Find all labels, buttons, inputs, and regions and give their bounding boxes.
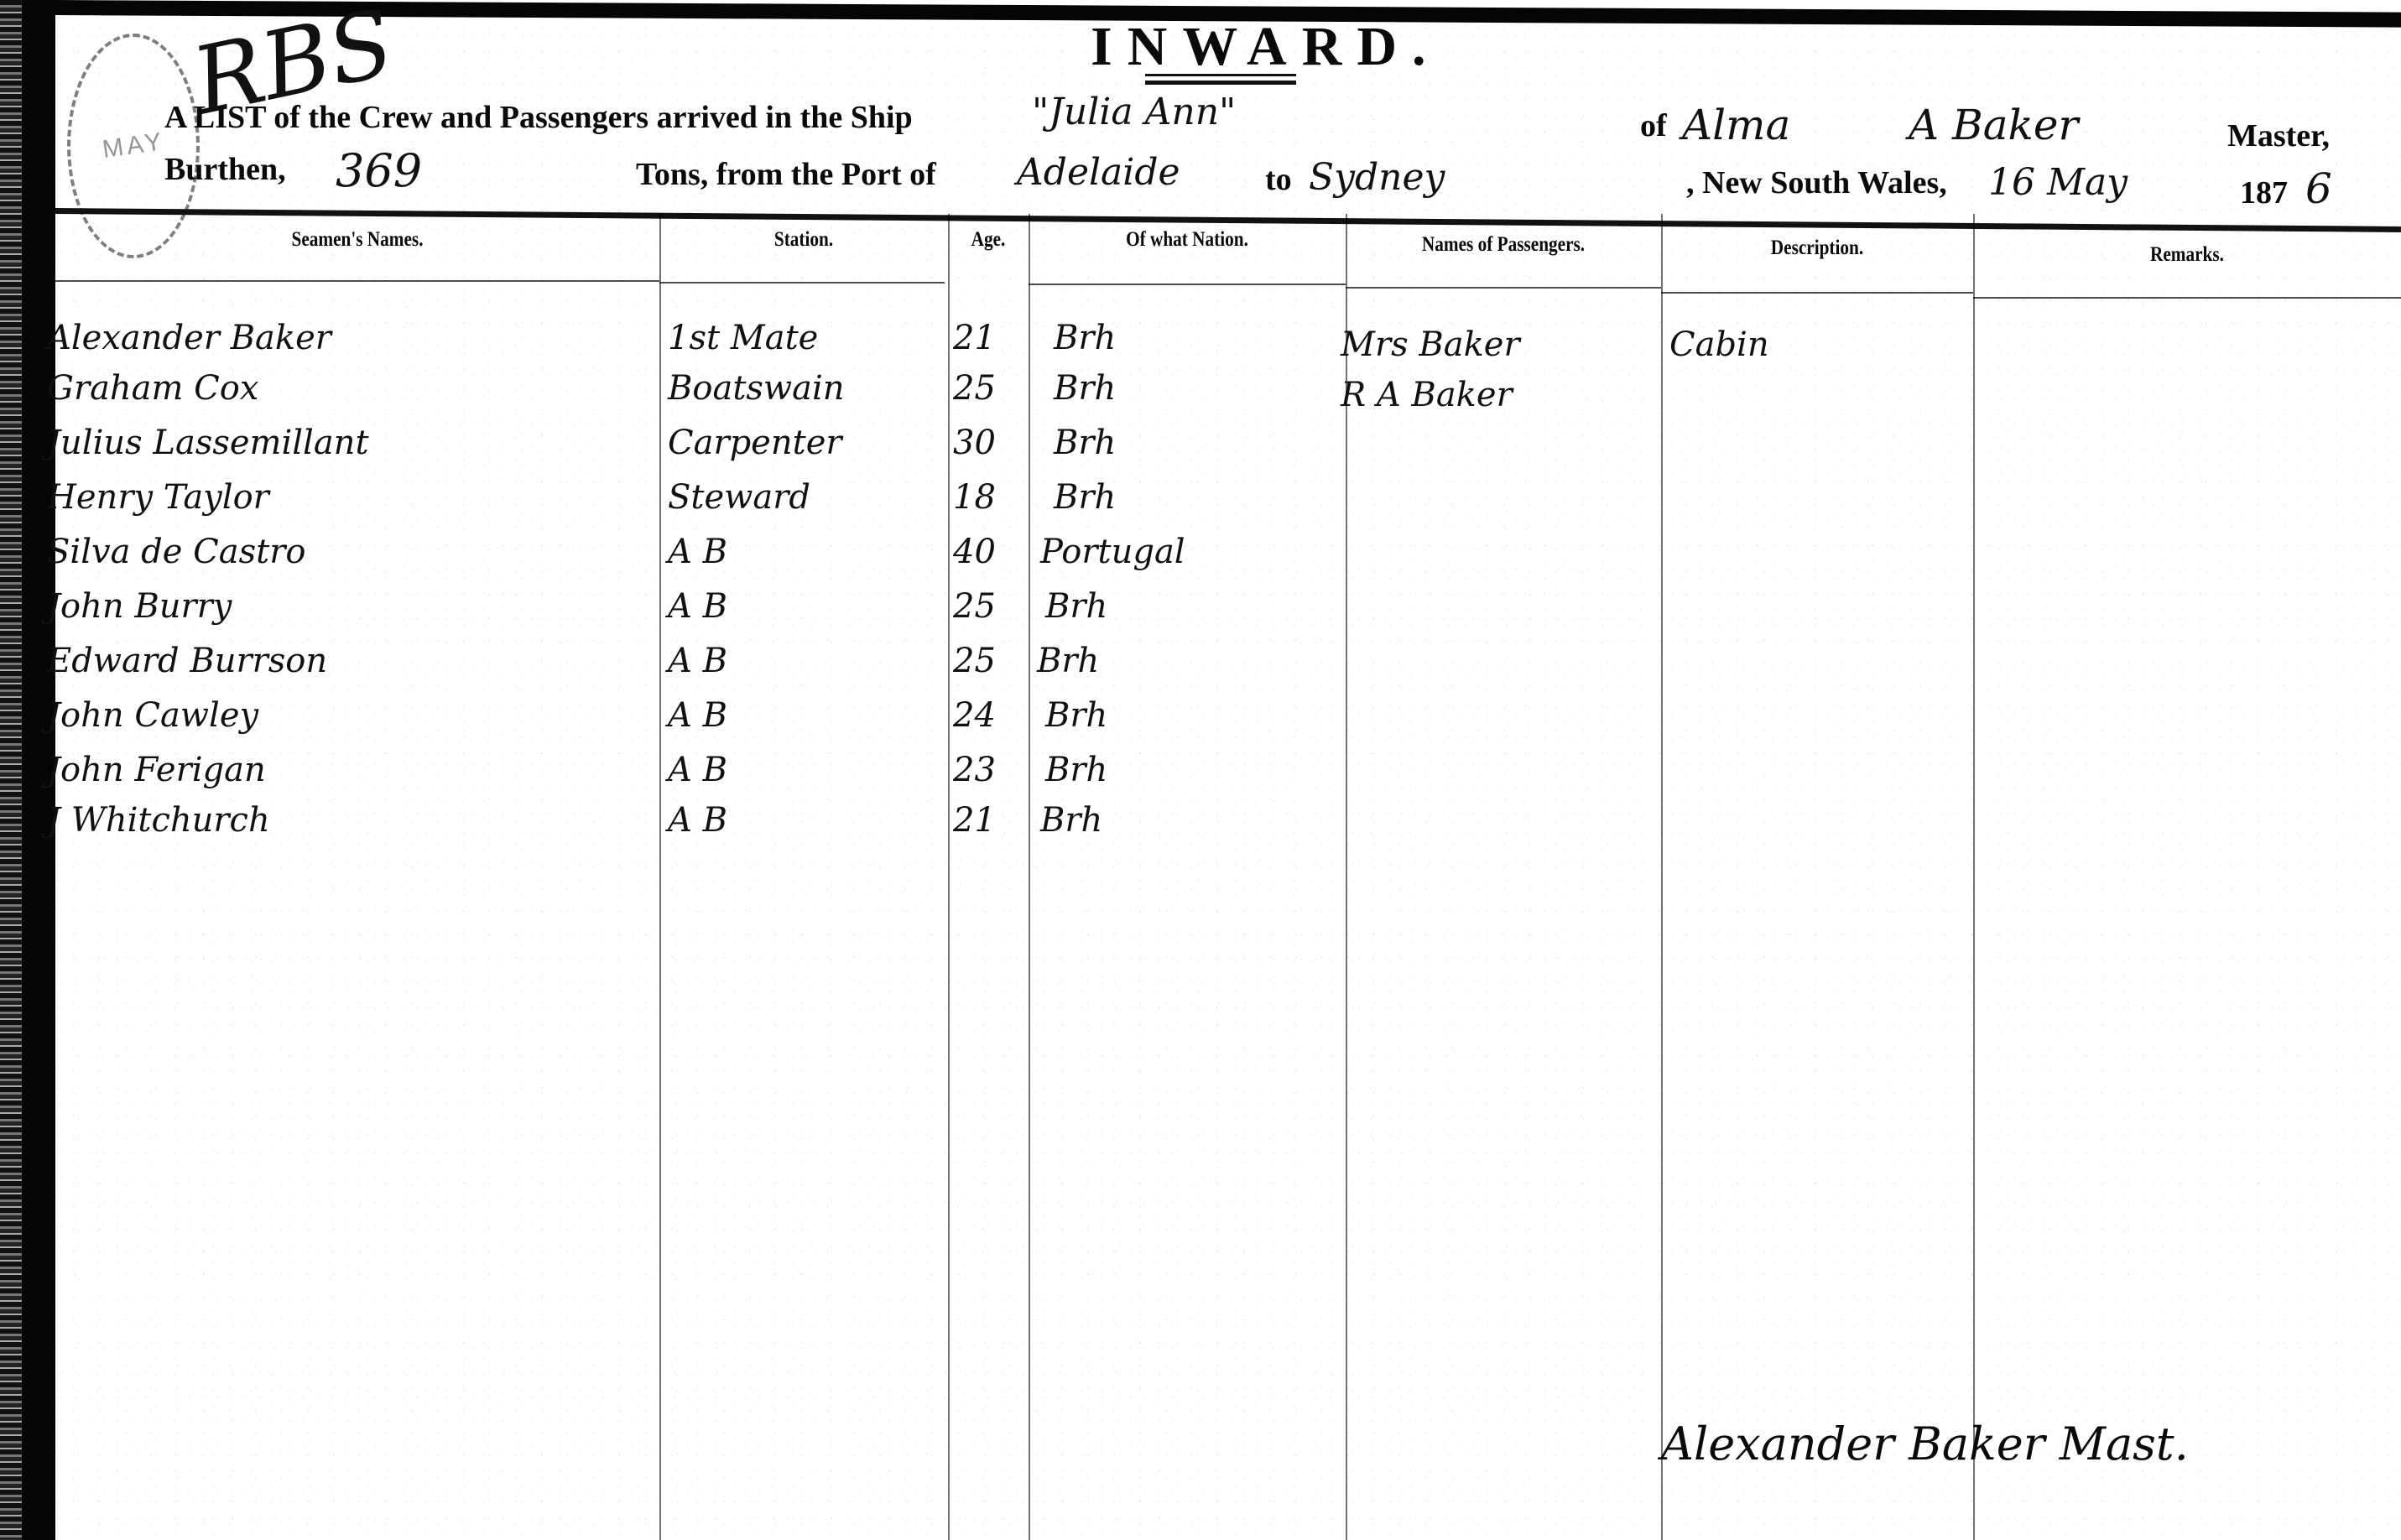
seaman-name: J Whitchurch: [47, 801, 270, 840]
header-underline: [1029, 284, 1346, 285]
title-underline-thick: [1145, 81, 1296, 85]
passenger-name: R A Baker: [1341, 376, 1513, 414]
seaman-name: John Burry: [47, 587, 232, 626]
seaman-name: John Ferigan: [47, 751, 266, 789]
seaman-age: 24: [953, 696, 996, 735]
seaman-nation: Brh: [1045, 696, 1107, 735]
title-underline: [1145, 74, 1296, 76]
column-header-nation: Of what Nation.: [1052, 228, 1321, 252]
seaman-station: A B: [668, 696, 727, 735]
column-divider: [948, 214, 950, 1540]
seaman-age: 25: [953, 587, 996, 626]
master-signature: Alexander Baker Mast.: [1661, 1418, 2189, 1470]
seaman-name: Edward Burrson: [47, 642, 327, 680]
column-divider: [1661, 214, 1663, 1540]
home-port: Alma: [1682, 101, 1790, 149]
seaman-name: Silva de Castro: [47, 533, 305, 571]
arrival-date: 16 May: [1988, 161, 2128, 204]
seaman-station: Carpenter: [668, 424, 841, 462]
seaman-station: A B: [668, 751, 727, 789]
column-header-description: Description.: [1685, 237, 1950, 260]
seaman-name: Henry Taylor: [47, 478, 269, 517]
seaman-station: A B: [668, 642, 727, 680]
burthen-value: 369: [336, 144, 422, 197]
ship-name: "Julia Ann": [1032, 91, 1236, 133]
header-underline: [1661, 292, 1973, 294]
column-header-station: Station.: [681, 228, 926, 252]
column-header-remarks: Remarks.: [2005, 243, 2369, 267]
list-intro-text: A LIST of the Crew and Passengers arrive…: [164, 99, 913, 136]
seaman-age: 23: [953, 751, 996, 789]
seaman-age: 30: [953, 424, 996, 462]
seaman-name: John Cawley: [47, 696, 258, 735]
tons-from-port-label: Tons, from the Port of: [636, 156, 936, 193]
passenger-name: Mrs Baker: [1341, 325, 1520, 364]
to-port: Sydney: [1309, 156, 1445, 199]
seaman-nation: Brh: [1037, 642, 1099, 680]
seaman-nation: Brh: [1054, 369, 1116, 408]
seaman-station: 1st Mate: [668, 319, 818, 357]
seaman-station: Steward: [668, 478, 810, 517]
seaman-age: 25: [953, 642, 996, 680]
of-label: of: [1640, 107, 1667, 144]
seaman-name: Alexander Baker: [47, 319, 331, 357]
document-title: INWARD.: [1091, 15, 1441, 79]
scan-edge-left: [0, 0, 22, 1540]
seaman-station: A B: [668, 801, 727, 840]
passenger-description: Cabin: [1669, 325, 1769, 364]
seaman-station: A B: [668, 587, 727, 626]
column-divider: [1973, 214, 1975, 1540]
stamp-text: MAY: [101, 127, 167, 164]
customs-stamp: MAY: [67, 34, 200, 258]
column-header-seamen-names: Seamen's Names.: [101, 228, 614, 252]
column-header-passenger-names: Names of Passengers.: [1369, 233, 1638, 257]
year-printed: 187: [2240, 174, 2288, 211]
header-underline: [659, 282, 945, 284]
master-label: Master,: [2227, 117, 2330, 154]
seaman-station: A B: [668, 533, 727, 571]
seaman-nation: Brh: [1045, 587, 1107, 626]
seaman-nation: Brh: [1054, 478, 1116, 517]
seaman-nation: Brh: [1054, 424, 1116, 462]
column-header-age: Age.: [954, 228, 1023, 252]
header-underline: [1973, 297, 2401, 299]
to-label: to: [1265, 161, 1292, 198]
header-underline: [55, 280, 659, 282]
from-port: Adelaide: [1017, 151, 1180, 194]
seaman-nation: Brh: [1040, 801, 1102, 840]
seaman-age: 40: [953, 533, 996, 571]
column-divider: [1029, 214, 1030, 1540]
seaman-nation: Portugal: [1040, 533, 1185, 571]
nsw-label: , New South Wales,: [1686, 164, 1947, 201]
burthen-label: Burthen,: [164, 151, 286, 188]
seaman-nation: Brh: [1054, 319, 1116, 357]
seaman-age: 21: [953, 319, 996, 357]
seaman-age: 25: [953, 369, 996, 408]
seaman-age: 18: [953, 478, 996, 517]
column-divider: [659, 214, 661, 1540]
seaman-name: Graham Cox: [47, 369, 258, 408]
seaman-age: 21: [953, 801, 996, 840]
master-name: A Baker: [1909, 101, 2078, 149]
header-underline: [1346, 287, 1661, 289]
seaman-nation: Brh: [1045, 751, 1107, 789]
seaman-station: Boatswain: [668, 369, 845, 408]
seaman-name: Julius Lassemillant: [47, 424, 369, 462]
year-handwritten-digit: 6: [2305, 164, 2332, 213]
